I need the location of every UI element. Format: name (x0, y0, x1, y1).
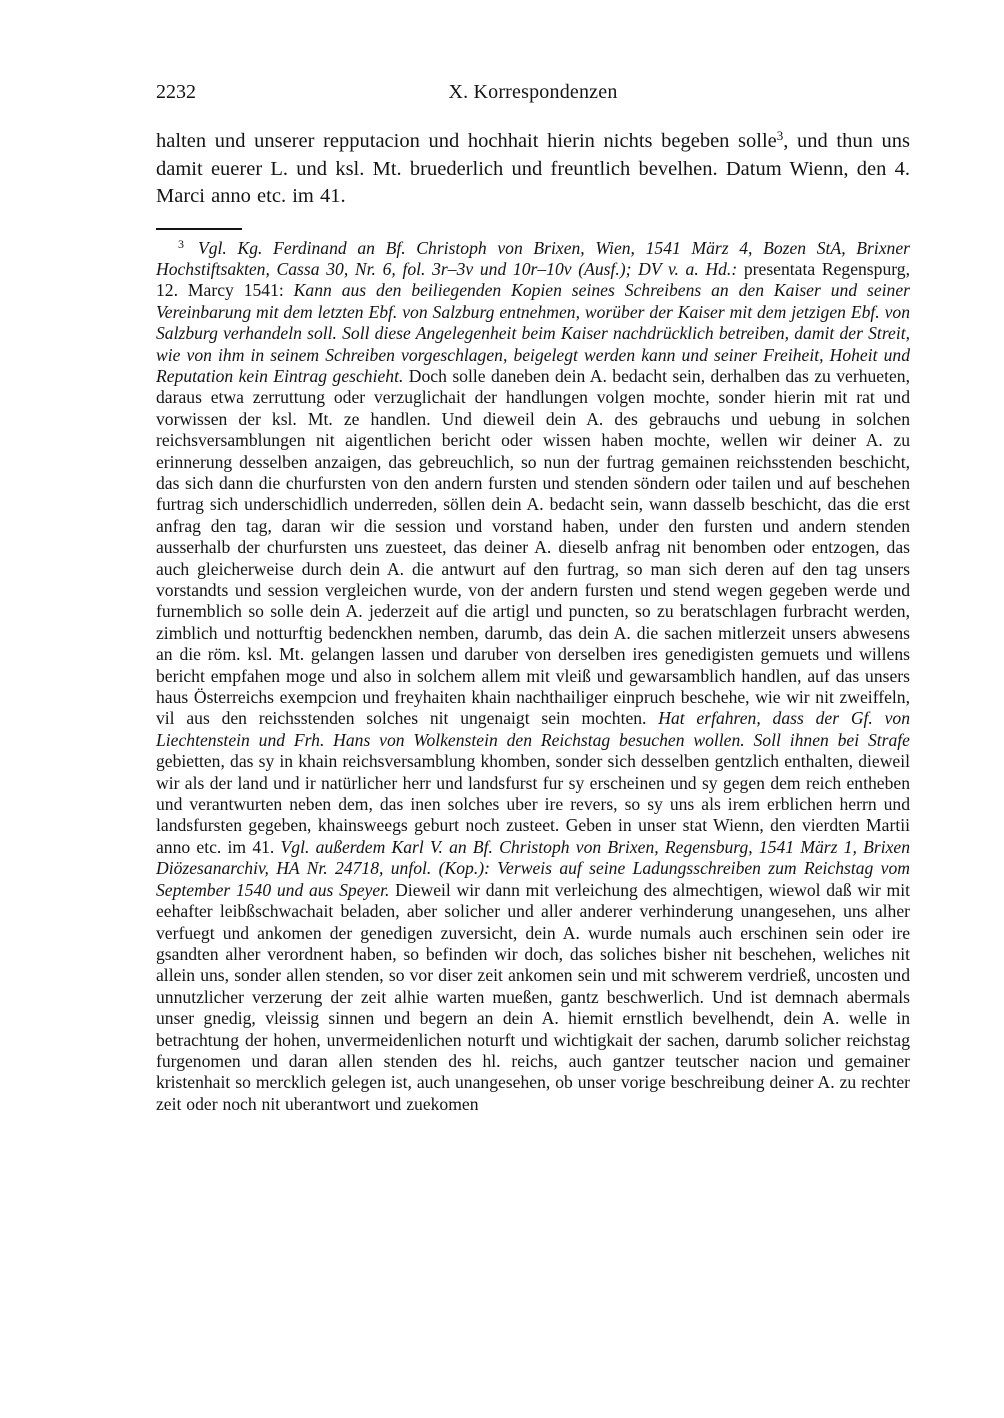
running-head: X. Korrespondenzen (156, 80, 910, 104)
page-header: 2232 X. Korrespondenzen (156, 80, 910, 106)
text-column: 2232 X. Korrespondenzen halten und unser… (156, 80, 910, 1115)
letter-body: halten und unserer repputacion und hochh… (156, 128, 910, 211)
main-paragraph-text: halten und unserer repputacion und hochh… (156, 130, 777, 152)
page-number: 2232 (156, 80, 196, 104)
main-paragraph: halten und unserer repputacion und hochh… (156, 128, 910, 211)
footnote-text: Vgl. Kg. Ferdinand an Bf. Christoph von … (156, 238, 910, 1114)
footnote-marker: 3 (178, 237, 184, 251)
footnote-area: 3Vgl. Kg. Ferdinand an Bf. Christoph von… (156, 228, 910, 1116)
footnote-separator-rule (156, 228, 242, 230)
footnote-3: 3Vgl. Kg. Ferdinand an Bf. Christoph von… (156, 238, 910, 1116)
scanned-book-page: 2232 X. Korrespondenzen halten und unser… (0, 0, 1004, 1418)
